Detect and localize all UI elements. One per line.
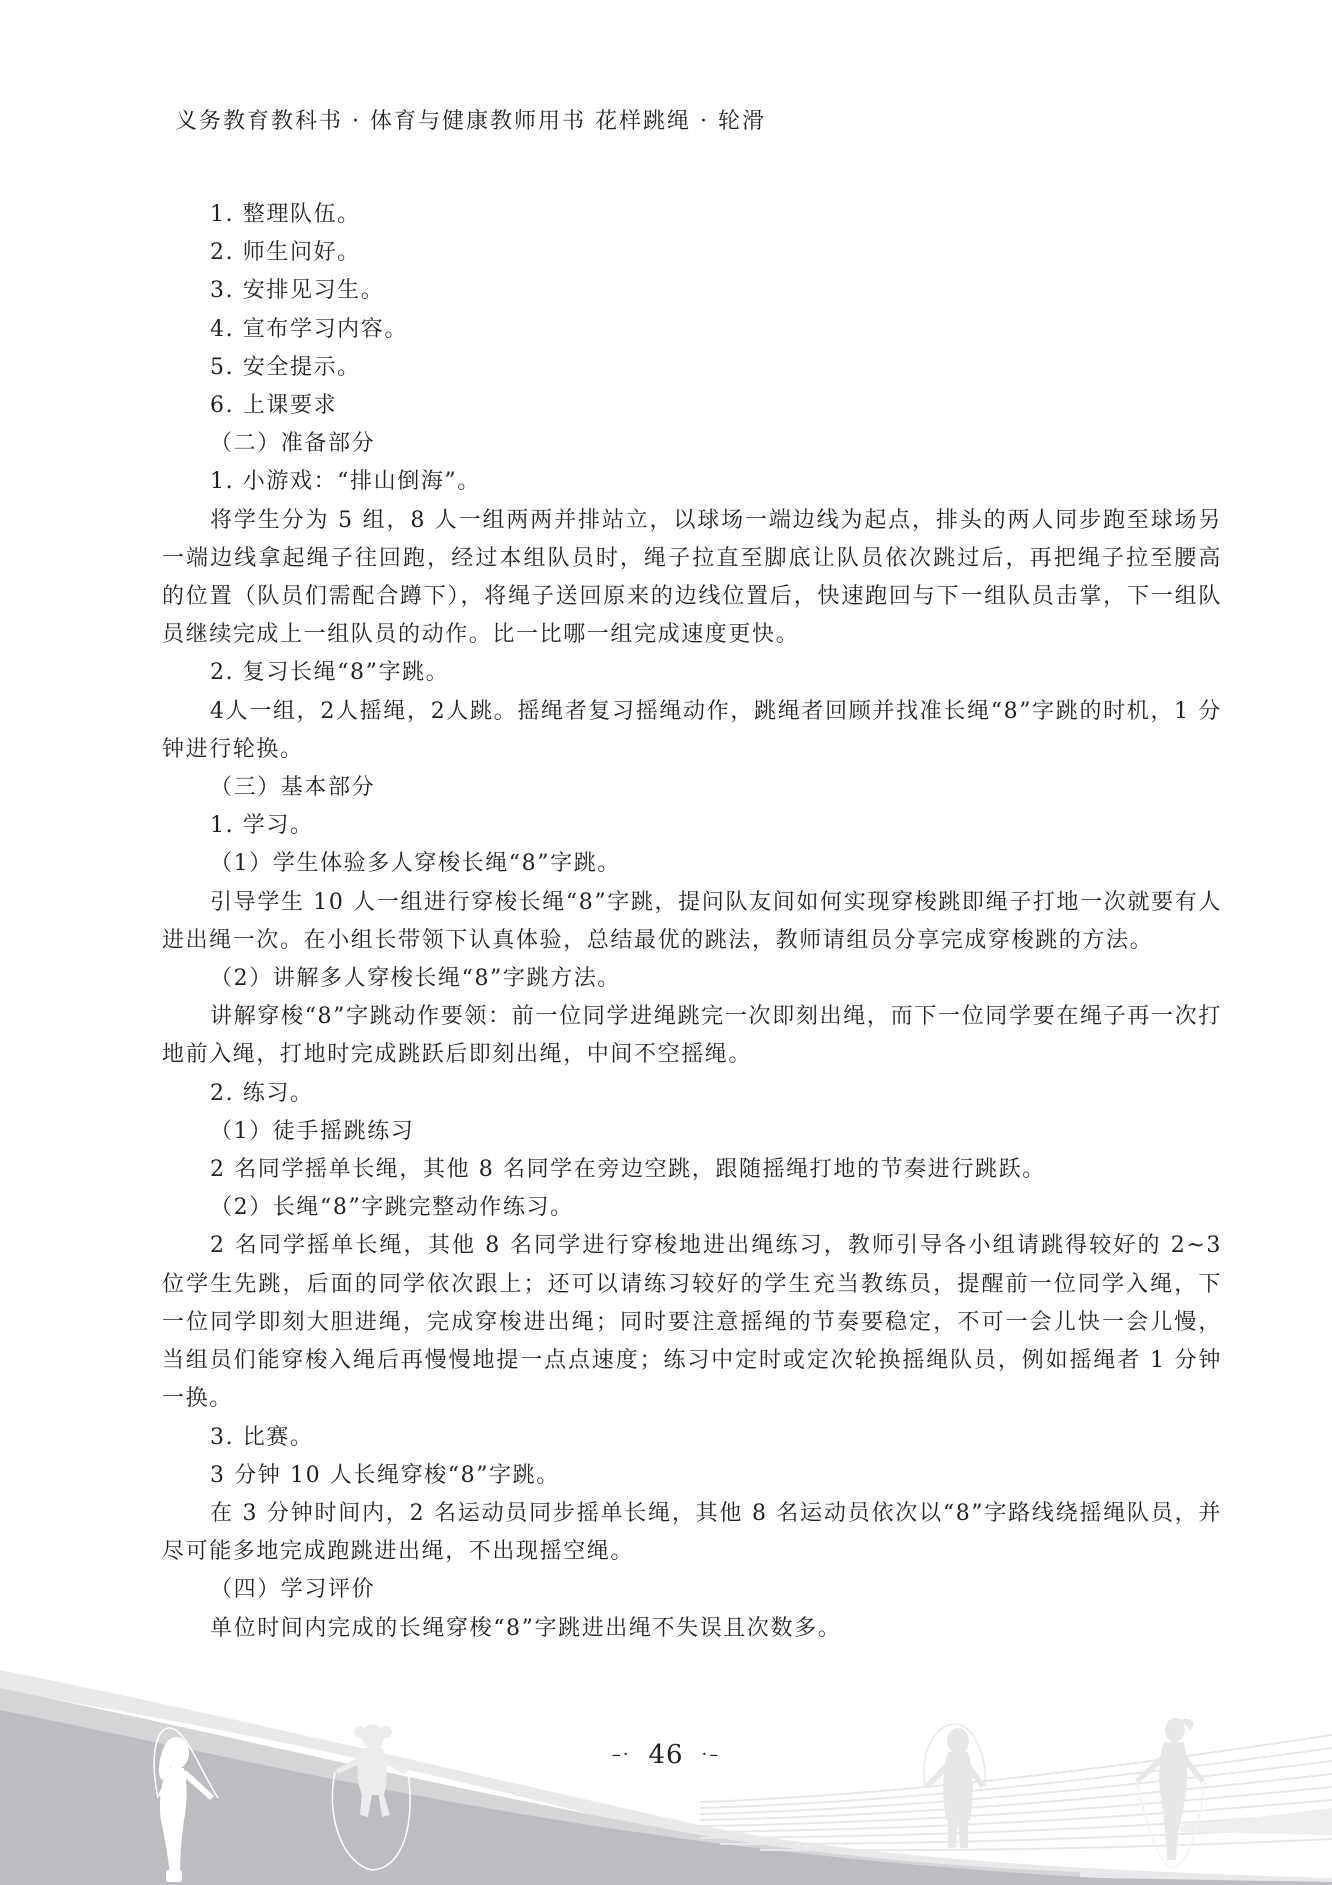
list-item: 2. 师生问好。 (162, 234, 1222, 272)
page-number: –·46·– (0, 1740, 1332, 1770)
body-paragraph: 引导学生 10 人一组进行穿梭长绳“8”字跳，提问队友间如何实现穿梭跳即绳子打地… (162, 884, 1222, 960)
list-item: 1. 整理队伍。 (162, 196, 1222, 234)
body-paragraph: 在 3 分钟时间内，2 名运动员同步摇单长绳，其他 8 名运动员依次以“8”字路… (162, 1495, 1222, 1571)
list-item: （1）学生体验多人穿梭长绳“8”字跳。 (162, 845, 1222, 883)
list-item: 3. 安排见习生。 (162, 272, 1222, 310)
body-paragraph: 将学生分为 5 组，8 人一组两两并排站立，以球场一端边线为起点，排头的两人同步… (162, 502, 1222, 655)
list-item: （2）讲解多人穿梭长绳“8”字跳方法。 (162, 960, 1222, 998)
page-number-value: 46 (648, 1740, 683, 1770)
list-item: 1. 小游戏：“排山倒海”。 (162, 463, 1222, 501)
page-number-ornament-right: ·– (702, 1744, 721, 1765)
body-paragraph: 讲解穿梭“8”字跳动作要领：前一位同学进绳跳完一次即刻出绳，而下一位同学要在绳子… (162, 998, 1222, 1074)
list-item: 1. 学习。 (162, 807, 1222, 845)
list-item: 3. 比赛。 (162, 1419, 1222, 1457)
section-heading: （二）准备部分 (162, 425, 1222, 463)
body-paragraph: 2 名同学摇单长绳，其他 8 名同学在旁边空跳，跟随摇绳打地的节奏进行跳跃。 (162, 1151, 1222, 1189)
page-body: 1. 整理队伍。 2. 师生问好。 3. 安排见习生。 4. 宣布学习内容。 5… (162, 196, 1222, 1648)
list-item: 6. 上课要求 (162, 387, 1222, 425)
body-paragraph: 2 名同学摇单长绳，其他 8 名同学进行穿梭地进出绳练习，教师引导各小组请跳得较… (162, 1227, 1222, 1418)
body-paragraph: 3 分钟 10 人长绳穿梭“8”字跳。 (162, 1457, 1222, 1495)
section-heading: （三）基本部分 (162, 769, 1222, 807)
list-item: 5. 安全提示。 (162, 349, 1222, 387)
list-item: 2. 复习长绳“8”字跳。 (162, 654, 1222, 692)
section-heading: （四）学习评价 (162, 1571, 1222, 1609)
list-item: 2. 练习。 (162, 1075, 1222, 1113)
page-number-ornament-left: –· (612, 1744, 631, 1765)
list-item: 4. 宣布学习内容。 (162, 311, 1222, 349)
body-paragraph: 4人一组，2人摇绳，2人跳。摇绳者复习摇绳动作，跳绳者回顾并找准长绳“8”字跳的… (162, 693, 1222, 769)
body-paragraph: 单位时间内完成的长绳穿梭“8”字跳进出绳不失误且次数多。 (162, 1610, 1222, 1648)
list-item: （2）长绳“8”字跳完整动作练习。 (162, 1189, 1222, 1227)
running-header: 义务教育教科书 · 体育与健康教师用书 花样跳绳 · 轮滑 (175, 104, 766, 135)
list-item: （1）徒手摇跳练习 (162, 1113, 1222, 1151)
